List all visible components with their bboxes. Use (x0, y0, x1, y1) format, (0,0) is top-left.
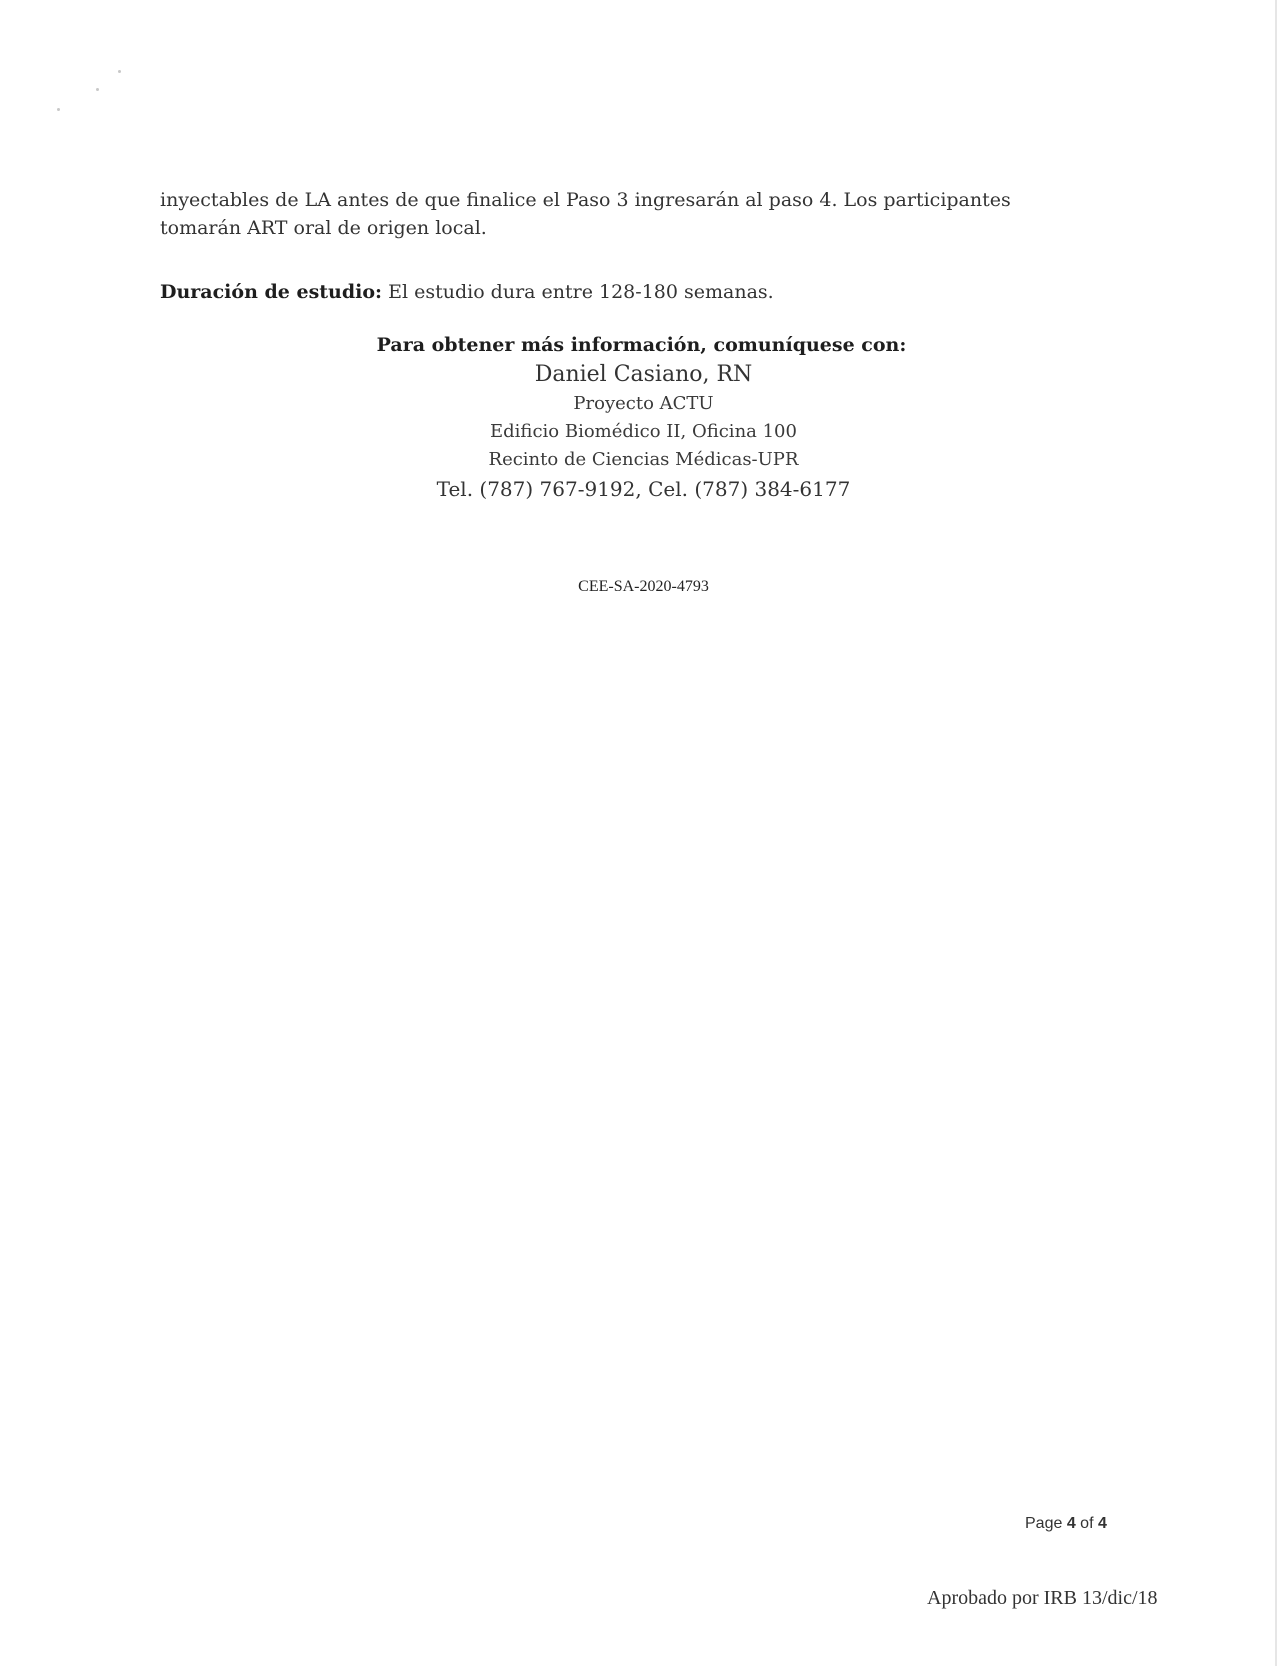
contact-phones: Tel. (787) 767-9192, Cel. (787) 384-6177 (0, 474, 1287, 504)
page-number: Page 4 of 4 (1025, 1515, 1107, 1533)
contact-block: Para obtener más información, comuníques… (0, 330, 1287, 504)
page-current: 4 (1067, 1515, 1076, 1532)
paragraph-continuation: inyectables de LA antes de que finalice … (160, 186, 1060, 242)
scan-speck (118, 70, 121, 73)
contact-project: Proyecto ACTU (0, 390, 1287, 418)
scan-page-edge (1275, 0, 1277, 1666)
page-prefix: Page (1025, 1515, 1067, 1532)
scan-speck (57, 108, 60, 111)
contact-heading: Para obtener más información, comuníques… (0, 330, 1287, 360)
contact-name: Daniel Casiano, RN (0, 360, 1287, 390)
contact-campus: Recinto de Ciencias Médicas-UPR (0, 446, 1287, 474)
contact-building: Edificio Biomédico II, Oficina 100 (0, 418, 1287, 446)
page-total: 4 (1098, 1515, 1107, 1532)
study-duration: Duración de estudio: El estudio dura ent… (160, 278, 1060, 306)
study-duration-label: Duración de estudio: (160, 281, 382, 303)
protocol-number: CEE-SA-2020-4793 (0, 578, 1287, 596)
page-mid: of (1076, 1515, 1098, 1532)
scan-speck (96, 88, 99, 91)
study-duration-text: El estudio dura entre 128-180 semanas. (382, 281, 774, 303)
irb-approval-stamp: Aprobado por IRB 13/dic/18 (927, 1587, 1158, 1610)
